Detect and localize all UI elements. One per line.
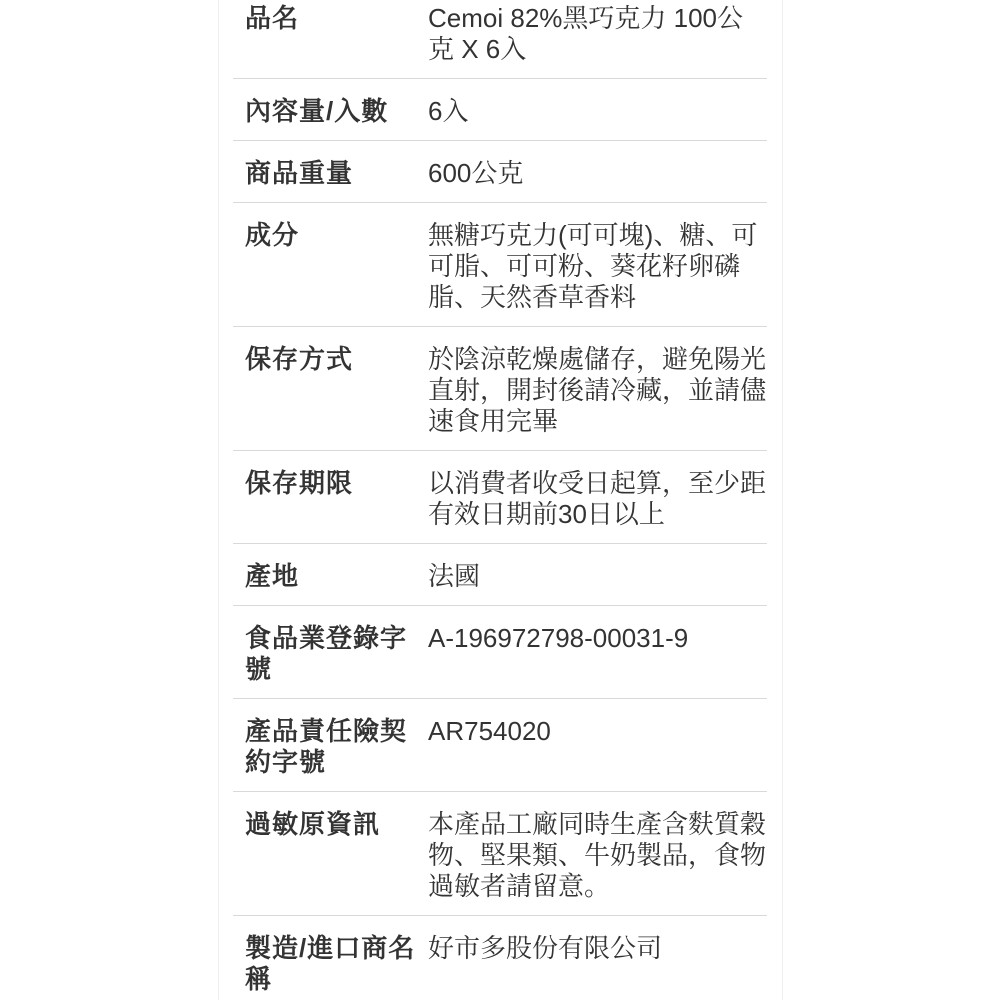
table-row-product-weight: 商品重量 600公克 <box>233 140 767 202</box>
table-row-ingredients: 成分 無糖巧克力(可可塊)、糖、可可脂、可可粉、葵花籽卵磷脂、天然香草香料 <box>233 202 767 326</box>
row-value: Cemoi 82%黑巧克力 100公克 X 6入 <box>428 3 766 65</box>
row-label: 保存方式 <box>245 344 428 375</box>
table-row-shelf-life: 保存期限 以消費者收受日起算，至少距有效日期前30日以上 <box>233 450 767 543</box>
row-value: 好市多股份有限公司 <box>428 933 766 964</box>
table-row-content-count: 內容量/入數 6入 <box>233 78 767 140</box>
row-value: AR754020 <box>428 716 766 747</box>
row-label: 保存期限 <box>245 468 428 499</box>
row-label: 產地 <box>245 561 428 592</box>
row-value: 600公克 <box>428 158 766 189</box>
row-label: 品名 <box>245 3 428 34</box>
table-row-liability-insurance-number: 產品責任險契約字號 AR754020 <box>233 698 767 791</box>
table-row-product-name: 品名 Cemoi 82%黑巧克力 100公克 X 6入 <box>233 0 767 78</box>
table-row-manufacturer-importer-name: 製造/進口商名稱 好市多股份有限公司 <box>233 915 767 1000</box>
row-label: 過敏原資訊 <box>245 809 428 840</box>
table-row-food-registration-number: 食品業登錄字號 A-196972798-00031-9 <box>233 605 767 698</box>
row-label: 產品責任險契約字號 <box>245 716 428 778</box>
row-value: 於陰涼乾燥處儲存，避免陽光直射，開封後請冷藏，並請儘速食用完畢 <box>428 344 766 437</box>
row-label: 製造/進口商名稱 <box>245 933 428 995</box>
row-value: 本產品工廠同時生產含麩質穀物、堅果類、牛奶製品，食物過敏者請留意。 <box>428 809 766 902</box>
product-spec-table: 品名 Cemoi 82%黑巧克力 100公克 X 6入 內容量/入數 6入 商品… <box>218 0 783 1000</box>
row-label: 內容量/入數 <box>245 96 428 127</box>
row-value: 法國 <box>428 561 766 592</box>
row-value: A-196972798-00031-9 <box>428 623 766 654</box>
row-label: 商品重量 <box>245 158 428 189</box>
row-value: 以消費者收受日起算，至少距有效日期前30日以上 <box>428 468 766 530</box>
row-label: 成分 <box>245 220 428 251</box>
row-value: 無糖巧克力(可可塊)、糖、可可脂、可可粉、葵花籽卵磷脂、天然香草香料 <box>428 220 766 313</box>
table-row-allergen-info: 過敏原資訊 本產品工廠同時生產含麩質穀物、堅果類、牛奶製品，食物過敏者請留意。 <box>233 791 767 915</box>
row-label: 食品業登錄字號 <box>245 623 428 685</box>
table-row-storage-method: 保存方式 於陰涼乾燥處儲存，避免陽光直射，開封後請冷藏，並請儘速食用完畢 <box>233 326 767 450</box>
row-value: 6入 <box>428 96 766 127</box>
table-row-origin: 產地 法國 <box>233 543 767 605</box>
